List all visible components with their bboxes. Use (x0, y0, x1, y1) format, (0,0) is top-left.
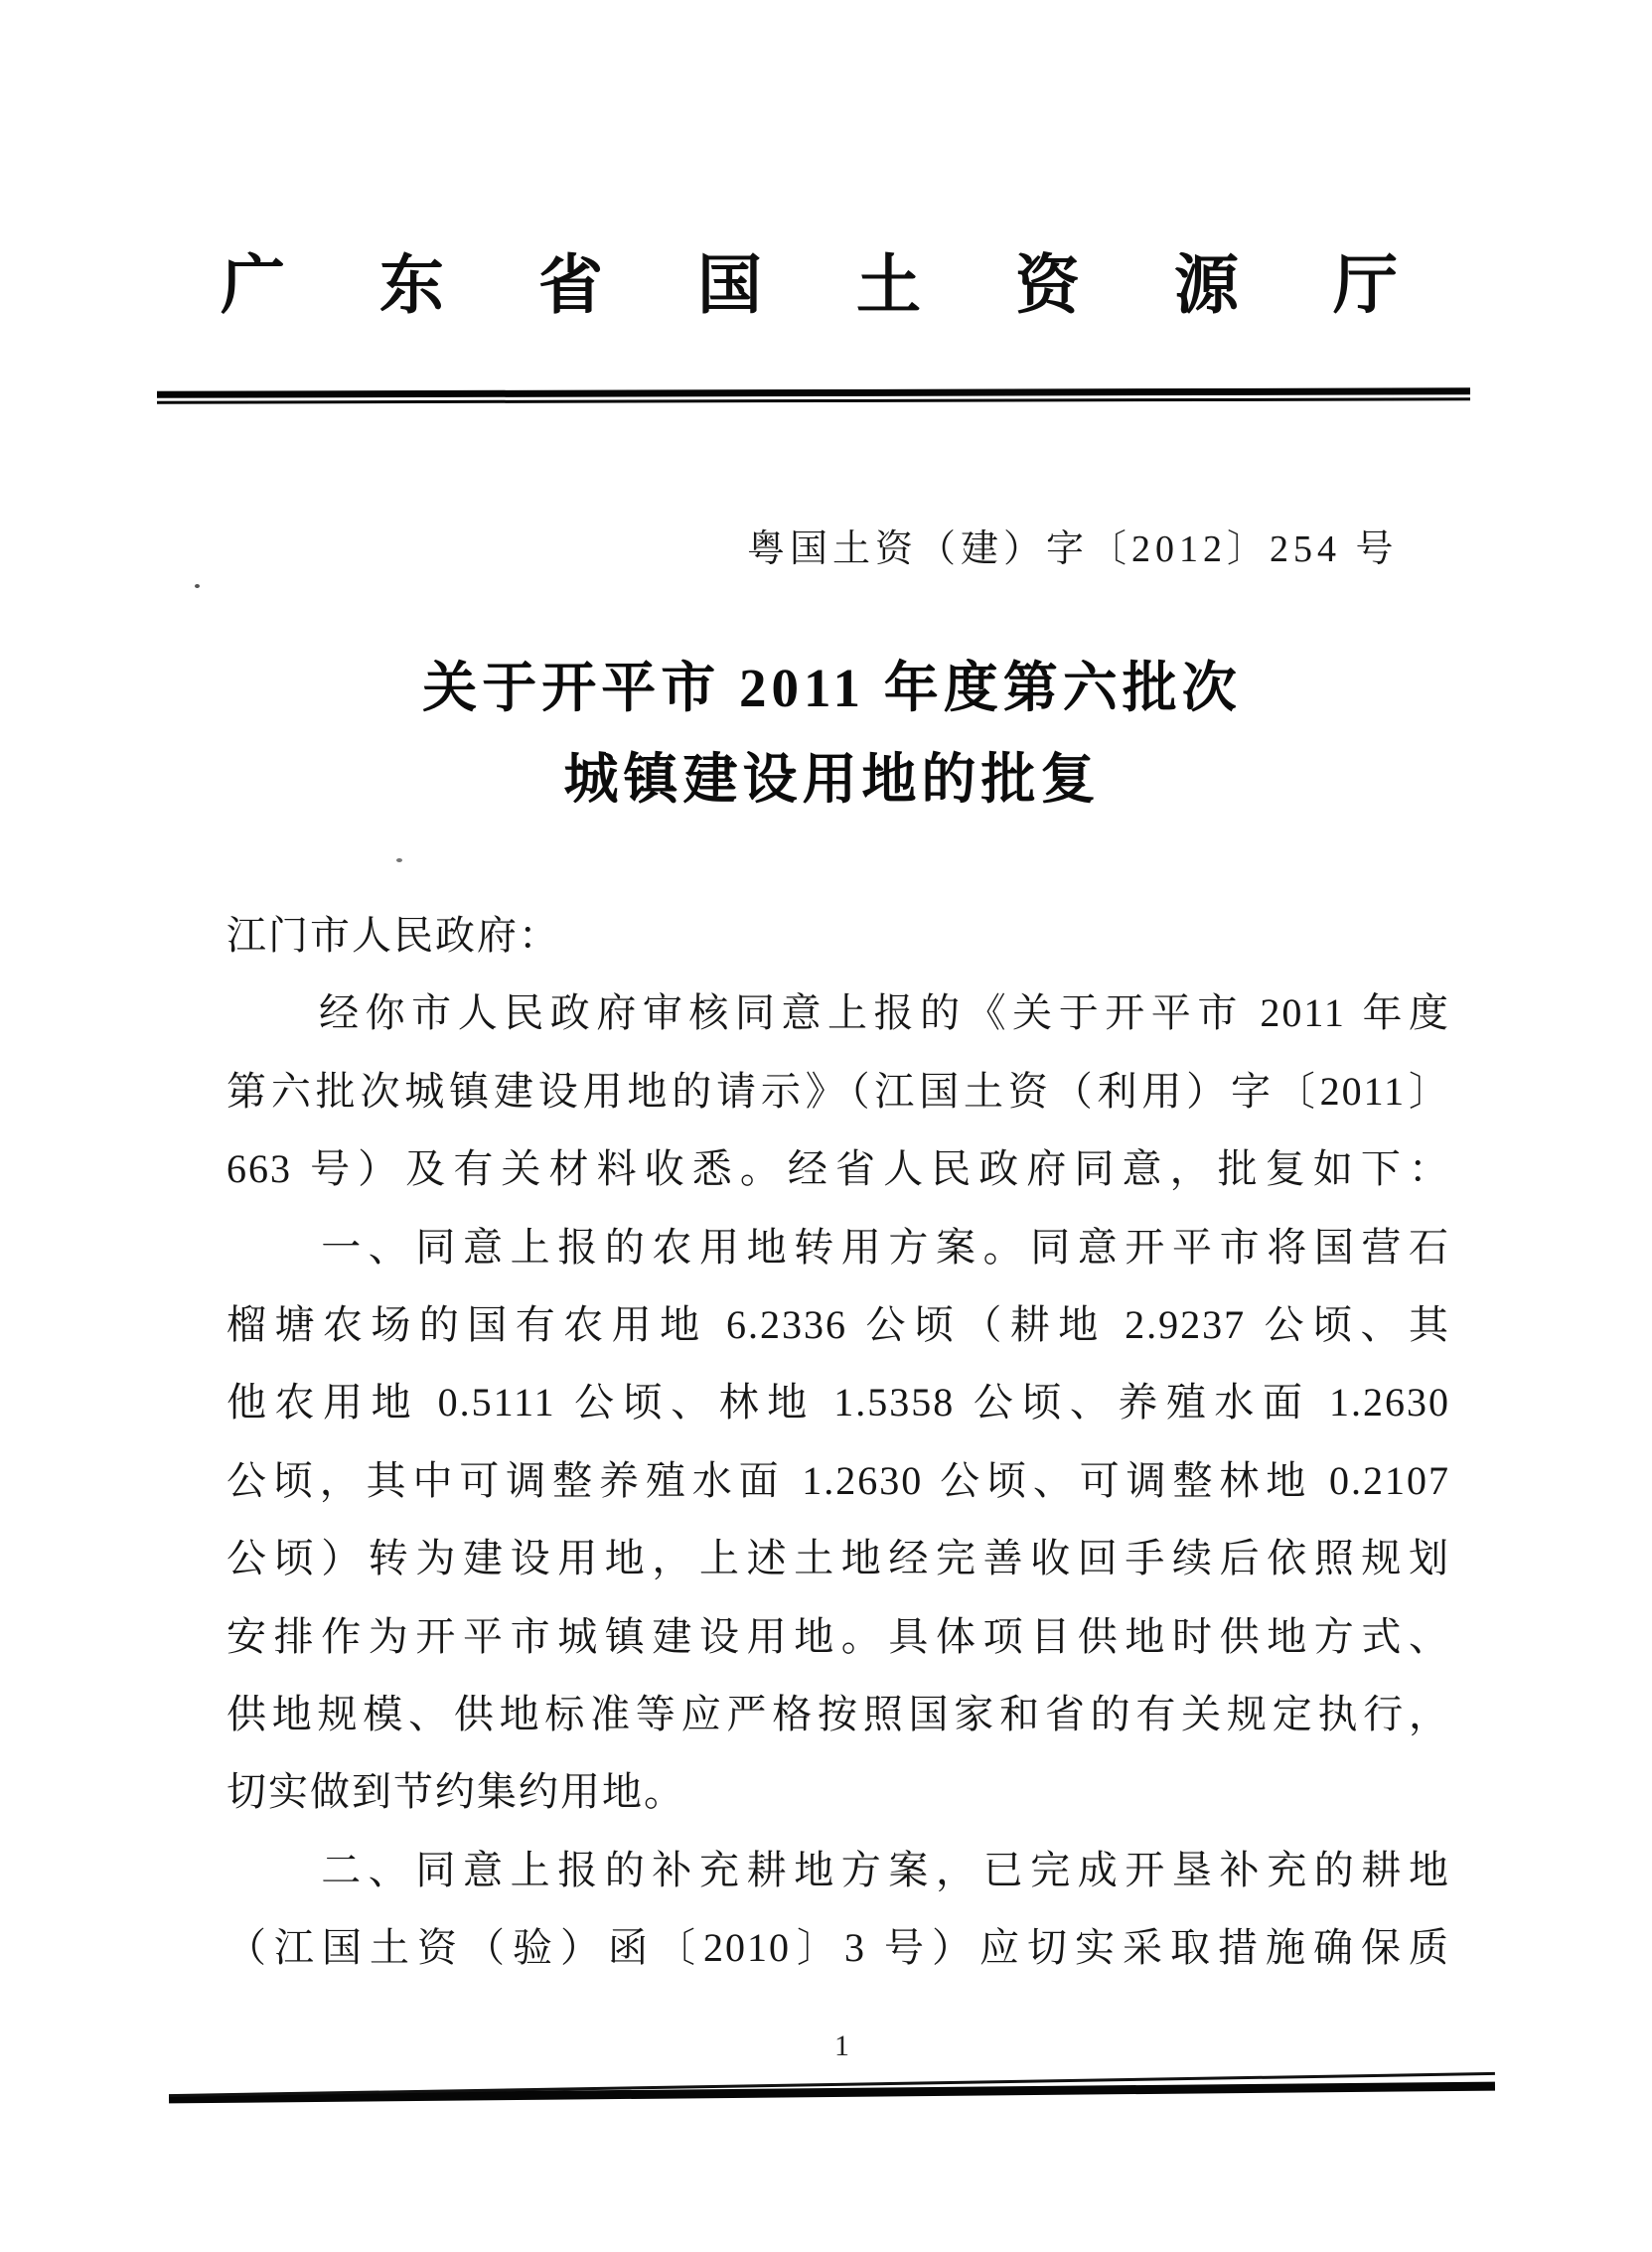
document-title-line-2: 城镇建设用地的批复 (0, 734, 1652, 826)
scan-artifact-speck (195, 584, 200, 588)
document-page: 广东省国土资源厅 粤国土资（建）字〔2012〕254 号 关于开平市 2011 … (0, 0, 1652, 2252)
body-line: 663 号）及有关材料收悉。经省人民政府同意，批复如下： (226, 1130, 1450, 1208)
letterhead-rule-thick-line (157, 387, 1470, 397)
letterhead-org-name: 广东省国土资源厅 (221, 252, 1492, 320)
body-line: 榴塘农场的国有农用地 6.2336 公顷（耕地 2.9237 公顷、其 (226, 1286, 1450, 1364)
body-line: 切实做到节约集约用地。 (226, 1753, 1450, 1831)
body-line: 公顷）转为建设用地，上述土地经完善收回手续后依照规划 (226, 1520, 1450, 1597)
body-line: 第六批次城镇建设用地的请示》（江国土资（利用）字〔2011〕 (226, 1053, 1450, 1130)
body-line: 二、同意上报的补充耕地方案，已完成开垦补充的耕地 (226, 1832, 1450, 1909)
document-number: 粤国土资（建）字〔2012〕254 号 (747, 518, 1399, 572)
document-title-line-1: 关于开平市 2011 年度第六批次 (0, 643, 1652, 734)
letterhead-double-rule (157, 387, 1470, 403)
letterhead-rule-thin-line (157, 397, 1470, 403)
body-line: （江国土资（验）函〔2010〕3 号）应切实采取措施确保质 (226, 1909, 1450, 1987)
body-line: 安排作为开平市城镇建设用地。具体项目供地时供地方式、 (226, 1598, 1450, 1676)
body-line: 一、同意上报的农用地转用方案。同意开平市将国营石 (226, 1209, 1450, 1286)
body-line: 公顷，其中可调整养殖水面 1.2630 公顷、可调整林地 0.2107 (226, 1442, 1450, 1520)
body-line: 江门市人民政府： (226, 897, 1450, 975)
body-line: 他农用地 0.5111 公顷、林地 1.5358 公顷、养殖水面 1.2630 (226, 1364, 1450, 1441)
body-line: 经你市人民政府审核同意上报的《关于开平市 2011 年度 (226, 975, 1450, 1052)
body-line: 供地规模、供地标准等应严格按照国家和省的有关规定执行， (226, 1676, 1450, 1753)
document-body: 江门市人民政府： 经你市人民政府审核同意上报的《关于开平市 2011 年度第六批… (226, 897, 1450, 1987)
scan-artifact-speck (396, 858, 402, 862)
page-number: 1 (0, 2029, 1652, 2063)
document-title: 关于开平市 2011 年度第六批次 城镇建设用地的批复 (0, 643, 1652, 826)
